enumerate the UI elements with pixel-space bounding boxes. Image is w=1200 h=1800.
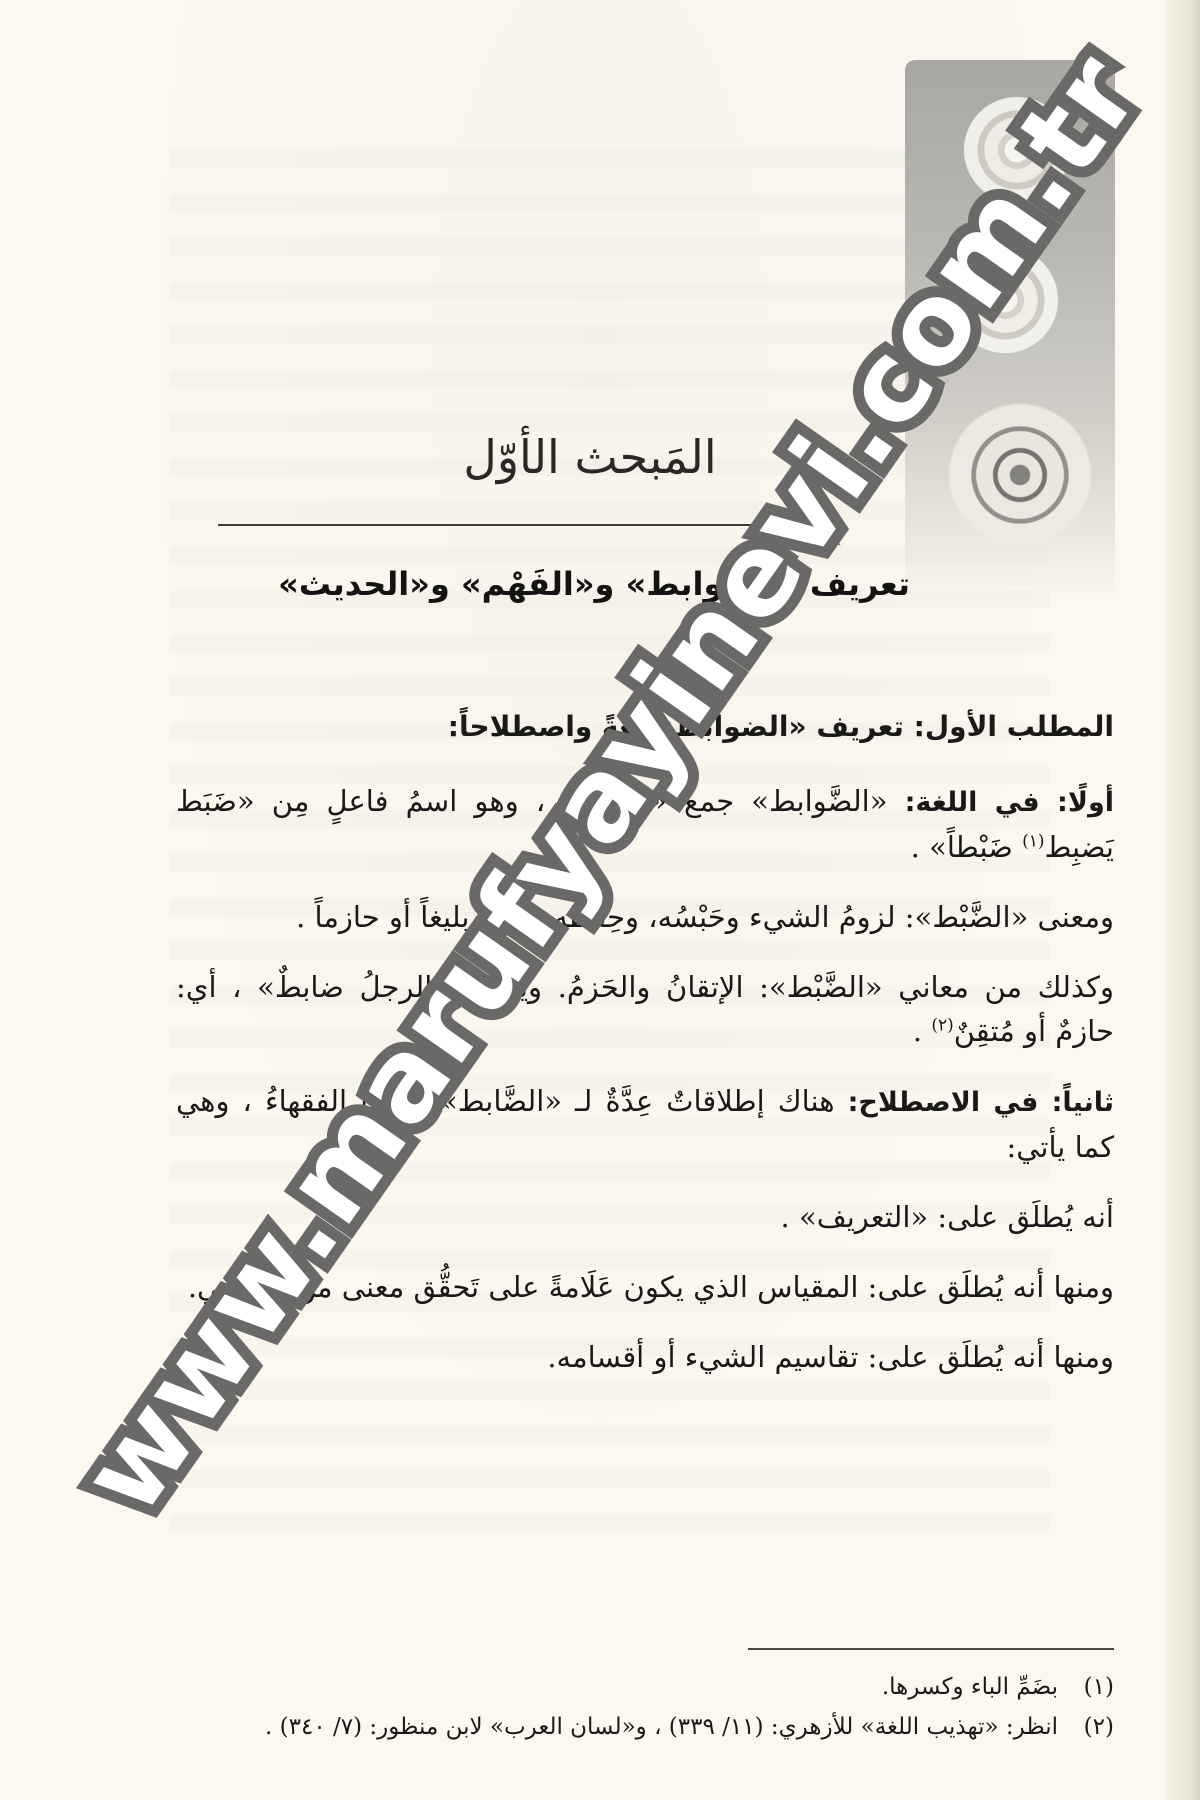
paragraph-lead: ثانياً: في الاصطلاح: xyxy=(848,1087,1114,1118)
paragraph: ومعنى «الضَّبْط»: لزومُ الشيء وحَبْسُه، … xyxy=(176,895,1114,939)
paragraph: ومنها أنه يُطلَق على: المقياس الذي يكون … xyxy=(176,1265,1114,1309)
paragraph-text: وكذلك من معاني «الضَّبْط»: الإتقانُ والح… xyxy=(176,970,1114,1048)
paragraph-tail: ضَبْطاً» . xyxy=(911,830,1022,864)
subheading: المطلب الأول: تعريف «الضوابط» لغةً واصطل… xyxy=(176,705,1114,749)
footnote-divider xyxy=(748,1648,1114,1650)
footnote-text: انظر: «تهذيب اللغة» للأزهري: (١١/ ٣٣٩) ،… xyxy=(176,1710,1058,1744)
paragraph-lead: أولًا: في اللغة: xyxy=(905,787,1114,818)
footnote-ref[interactable]: (١) xyxy=(1022,831,1044,851)
paragraph-text: ومنها أنه يُطلَق على: المقياس الذي يكون … xyxy=(188,1270,1114,1304)
footnote-text: بضَمِّ الباء وكسرها. xyxy=(176,1670,1058,1704)
footnote-number: (٢) xyxy=(1058,1710,1114,1744)
paragraph-text: ومنها أنه يُطلَق على: تقاسيم الشيء أو أق… xyxy=(547,1340,1114,1374)
body-text: المطلب الأول: تعريف «الضوابط» لغةً واصطل… xyxy=(176,705,1114,1405)
paragraph: ثانياً: في الاصطلاح: هناك إطلاقاتٌ عِدَّ… xyxy=(176,1079,1114,1169)
rosette-ornament-icon xyxy=(957,90,1077,210)
footnote: (١) بضَمِّ الباء وكسرها. xyxy=(176,1670,1114,1704)
chapter-title: المَبحث الأوّل xyxy=(380,430,800,484)
heading-divider xyxy=(218,524,818,526)
section-title: تعريف «الضَّوابط» و«الفَهْم» و«الحديث» xyxy=(278,565,910,603)
ornament-panel xyxy=(905,60,1115,600)
page-binding-edge xyxy=(1166,0,1200,1800)
footnote-number: (١) xyxy=(1058,1670,1114,1704)
footnote-ref[interactable]: (٢) xyxy=(931,1015,953,1035)
paragraph: وكذلك من معاني «الضَّبْط»: الإتقانُ والح… xyxy=(176,965,1114,1053)
rosette-ornament-icon xyxy=(935,390,1105,560)
book-page: المَبحث الأوّل تعريف «الضَّوابط» و«الفَه… xyxy=(0,0,1200,1800)
paragraph-tail: . xyxy=(913,1014,931,1048)
paragraph-text: ومعنى «الضَّبْط»: لزومُ الشيء وحَبْسُه، … xyxy=(296,900,1114,934)
footnote: (٢) انظر: «تهذيب اللغة» للأزهري: (١١/ ٣٣… xyxy=(176,1710,1114,1744)
rosette-ornament-icon xyxy=(945,240,1065,360)
paragraph: أنه يُطلَق على: «التعريف» . xyxy=(176,1195,1114,1239)
paragraph-text: أنه يُطلَق على: «التعريف» . xyxy=(781,1200,1114,1234)
footnotes: (١) بضَمِّ الباء وكسرها. (٢) انظر: «تهذي… xyxy=(176,1670,1114,1750)
paragraph: أولًا: في اللغة: «الضَّوابط» جمع «ضَابِط… xyxy=(176,779,1114,869)
paragraph: ومنها أنه يُطلَق على: تقاسيم الشيء أو أق… xyxy=(176,1335,1114,1379)
